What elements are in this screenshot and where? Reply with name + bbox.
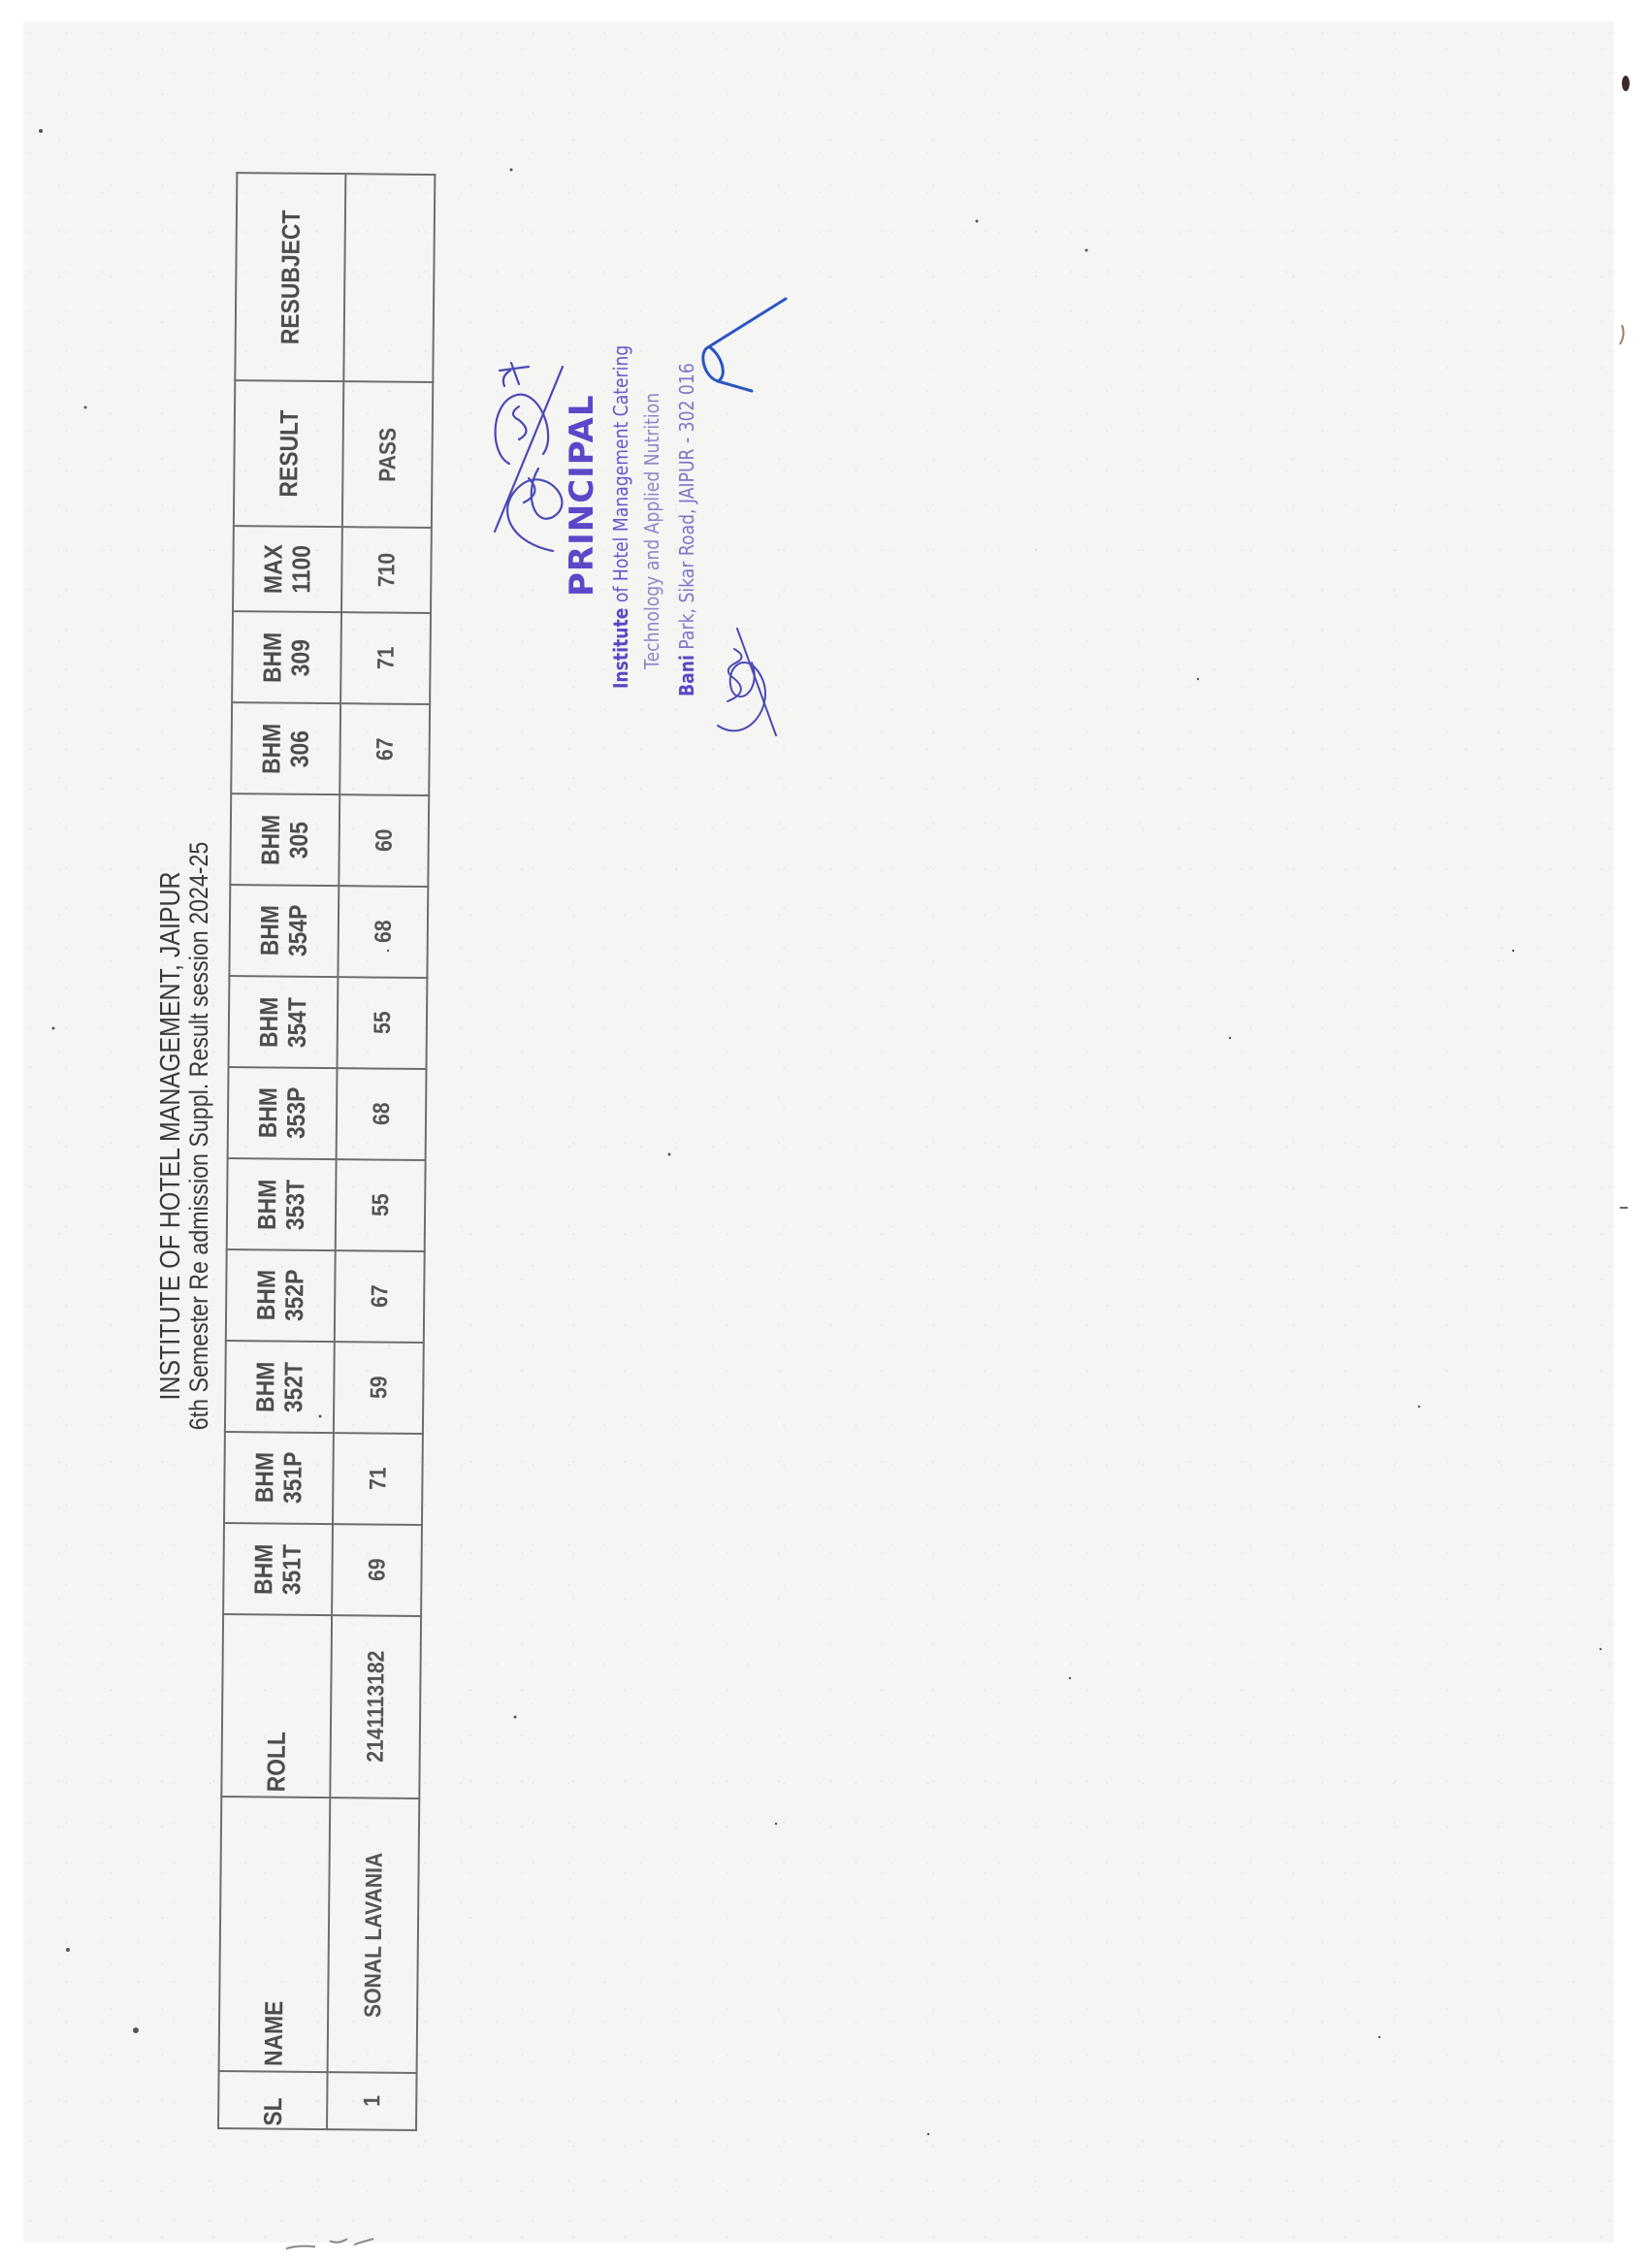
cell-total: 710 xyxy=(341,527,432,613)
header-subject: BHM351T xyxy=(223,1523,333,1615)
header-roll: ROLL xyxy=(221,1614,332,1798)
header-subject: BHM305 xyxy=(230,794,339,886)
table-header-row: SL NAME ROLL BHM351T BHM351P BHM352T BHM… xyxy=(218,173,345,2129)
cell-roll: 2141113182 xyxy=(330,1615,421,1798)
cell-mark: 55 xyxy=(336,1159,426,1251)
cell-result: PASS xyxy=(342,381,433,528)
stamp-address-line: Bani Park, Sikar Road, JAIPUR - 302 016 xyxy=(675,363,698,697)
header-subject: BHM352T xyxy=(225,1341,335,1433)
header-resubject: RESUBJECT xyxy=(235,173,345,381)
header-subject: BHM352P xyxy=(226,1249,336,1342)
cell-name: SONAL LAVANIA xyxy=(328,1798,420,2073)
cell-mark: 69 xyxy=(332,1524,422,1616)
stamp-institute-line: Institute of Hotel Management Catering xyxy=(609,345,632,689)
cell-mark: 71 xyxy=(333,1433,423,1525)
stamp-technology-line: Technology and Applied Nutrition xyxy=(640,393,663,669)
header-subject: BHM306 xyxy=(231,702,340,794)
cell-mark: 60 xyxy=(339,794,429,887)
cell-mark: 67 xyxy=(339,703,430,795)
header-subject: BHM354P xyxy=(229,885,339,977)
cell-sl: 1 xyxy=(327,2072,417,2130)
cell-mark: 59 xyxy=(334,1342,424,1434)
header-subject: BHM351P xyxy=(224,1432,334,1524)
document-title: INSTITUTE OF HOTEL MANAGEMENT, JAIPUR xyxy=(155,161,187,2112)
cell-mark: 71 xyxy=(340,612,431,704)
header-subject: BHM353T xyxy=(227,1158,337,1250)
header-max: MAX1100 xyxy=(233,526,342,612)
header-subject: BHM354T xyxy=(229,976,339,1068)
result-table: SL NAME ROLL BHM351T BHM351P BHM352T BHM… xyxy=(217,172,436,2131)
checkmark-mark xyxy=(698,289,795,405)
document-subtitle: 6th Semester Re admission Suppl. Result … xyxy=(184,161,214,2112)
cell-mark: 68 xyxy=(337,1068,427,1160)
header-subject: BHM353P xyxy=(228,1067,338,1159)
header-subject: BHM309 xyxy=(232,611,341,703)
header-result: RESULT xyxy=(234,380,343,527)
header-sl: SL xyxy=(218,2071,328,2129)
table-row: 1 SONAL LAVANIA 2141113182 69 71 59 67 5… xyxy=(327,174,435,2130)
principal-signature xyxy=(485,328,592,561)
cell-mark: 67 xyxy=(335,1250,425,1343)
cell-resubject xyxy=(343,174,435,382)
rotated-document: INSTITUTE OF HOTEL MANAGEMENT, JAIPUR 6t… xyxy=(0,0,1649,2268)
initials-signature xyxy=(708,619,786,745)
header-name: NAME xyxy=(219,1797,331,2072)
cell-mark: 55 xyxy=(338,977,428,1069)
cell-mark: 68 xyxy=(338,886,428,978)
